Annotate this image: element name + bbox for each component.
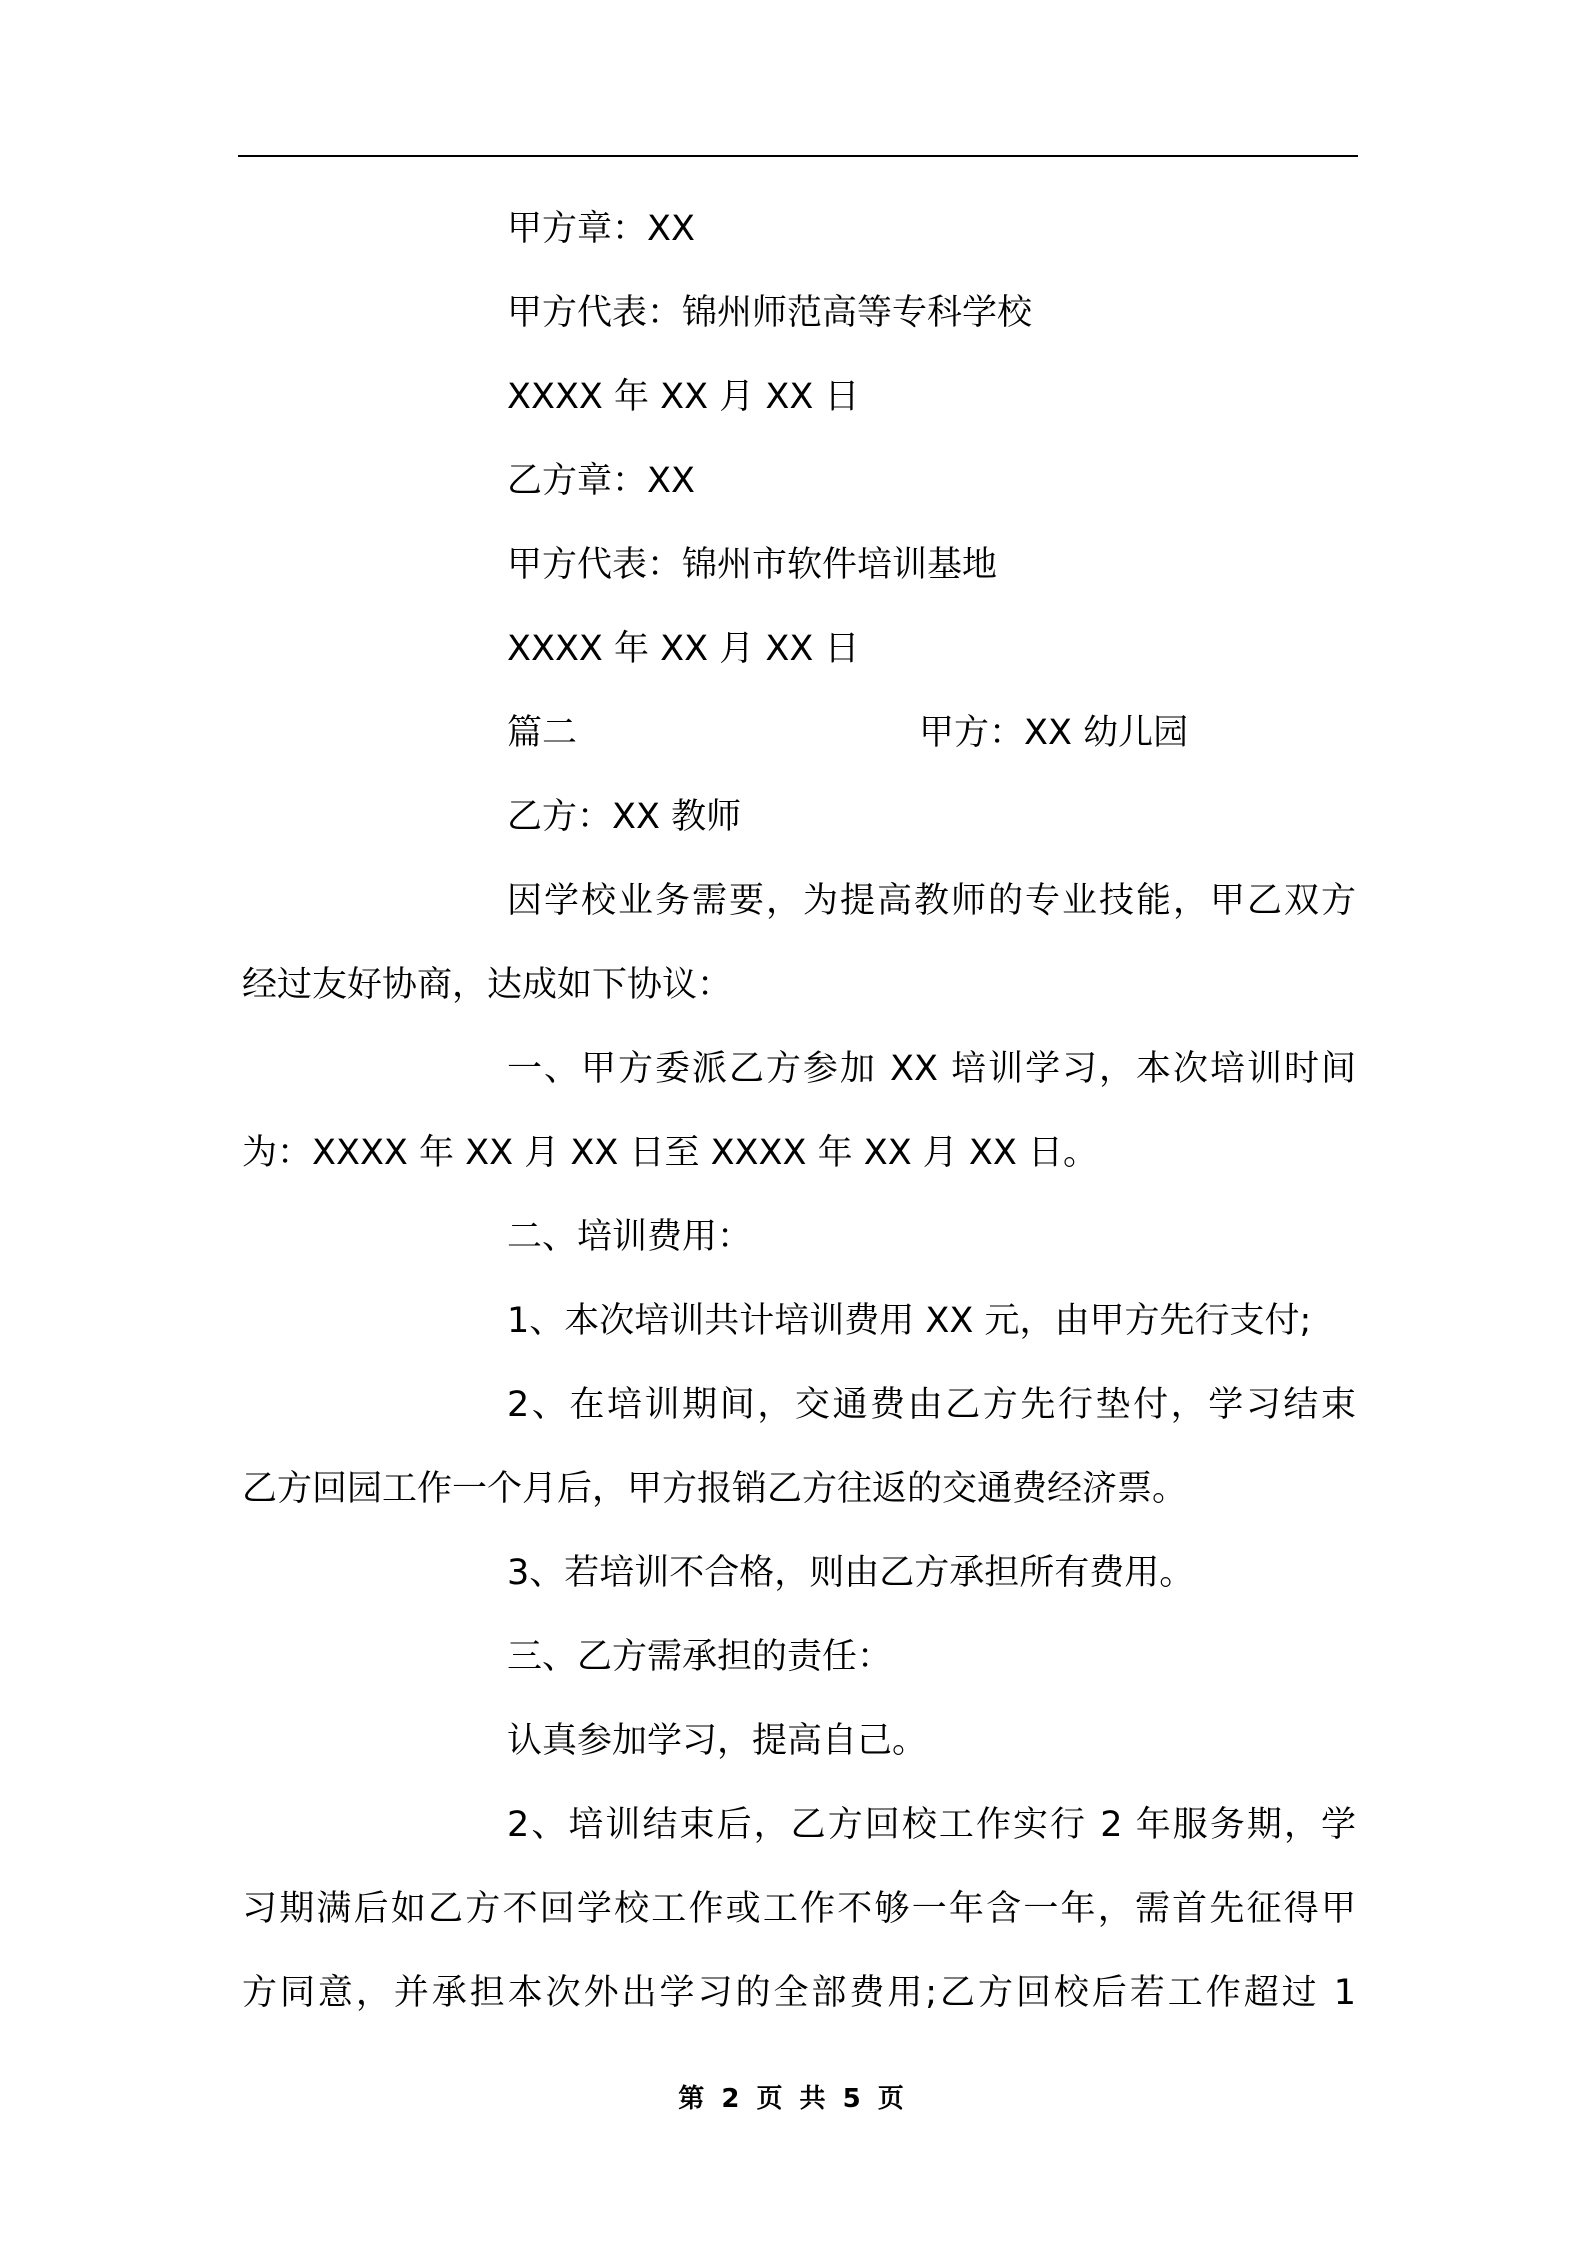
clause-3-item-2-cont: 习期满后如乙方不回学校工作或工作不够一年含一年，需首先征得甲 <box>242 1880 1356 1964</box>
clause-2-item-2-cont: 乙方回园工作一个月后，甲方报销乙方往返的交通费经济票。 <box>242 1460 1356 1544</box>
paragraph-intro: 因学校业务需要，为提高教师的专业技能，甲乙双方 <box>242 872 1356 956</box>
clause-3-item-2: 2、培训结束后，乙方回校工作实行 2 年服务期，学 <box>242 1796 1356 1880</box>
party-b-seal: 乙方章：XX <box>242 452 1356 536</box>
clause-3-item-1: 认真参加学习，提高自己。 <box>242 1712 1356 1796</box>
party-a-seal: 甲方章：XX <box>242 200 1356 284</box>
page-number: 第 2 页 共 5 页 <box>0 2078 1586 2115</box>
paragraph-intro-cont: 经过友好协商，达成如下协议： <box>242 956 1356 1040</box>
clause-2-item-2: 2、在培训期间，交通费由乙方先行垫付，学习结束 <box>242 1376 1356 1460</box>
clause-3-item-2-cont2: 方同意，并承担本次外出学习的全部费用;乙方回校后若工作超过 1 <box>242 1964 1356 2048</box>
clause-2-item-3: 3、若培训不合格，则由乙方承担所有费用。 <box>242 1544 1356 1628</box>
header-rule <box>238 155 1358 157</box>
section-heading: 篇二 甲方：XX 幼儿园 <box>242 704 1356 788</box>
clause-2-item-1: 1、本次培训共计培训费用 XX 元，由甲方先行支付; <box>242 1292 1356 1376</box>
clause-1-cont: 为：XXXX 年 XX 月 XX 日至 XXXX 年 XX 月 XX 日。 <box>242 1124 1356 1208</box>
document-body: 甲方章：XX 甲方代表：锦州师范高等专科学校 XXXX 年 XX 月 XX 日 … <box>242 200 1356 2048</box>
clause-1: 一、甲方委派乙方参加 XX 培训学习，本次培训时间 <box>242 1040 1356 1124</box>
section-title: 篇二 <box>507 704 919 788</box>
party-b-representative: 甲方代表：锦州市软件培训基地 <box>242 536 1356 620</box>
party-a-date: XXXX 年 XX 月 XX 日 <box>242 368 1356 452</box>
party-b-date: XXXX 年 XX 月 XX 日 <box>242 620 1356 704</box>
party-a-representative: 甲方代表：锦州师范高等专科学校 <box>242 284 1356 368</box>
section-party-b: 乙方：XX 教师 <box>242 788 1356 872</box>
clause-3-heading: 三、乙方需承担的责任： <box>242 1628 1356 1712</box>
clause-2-heading: 二、培训费用： <box>242 1208 1356 1292</box>
section-party-a: 甲方：XX 幼儿园 <box>919 704 1188 788</box>
